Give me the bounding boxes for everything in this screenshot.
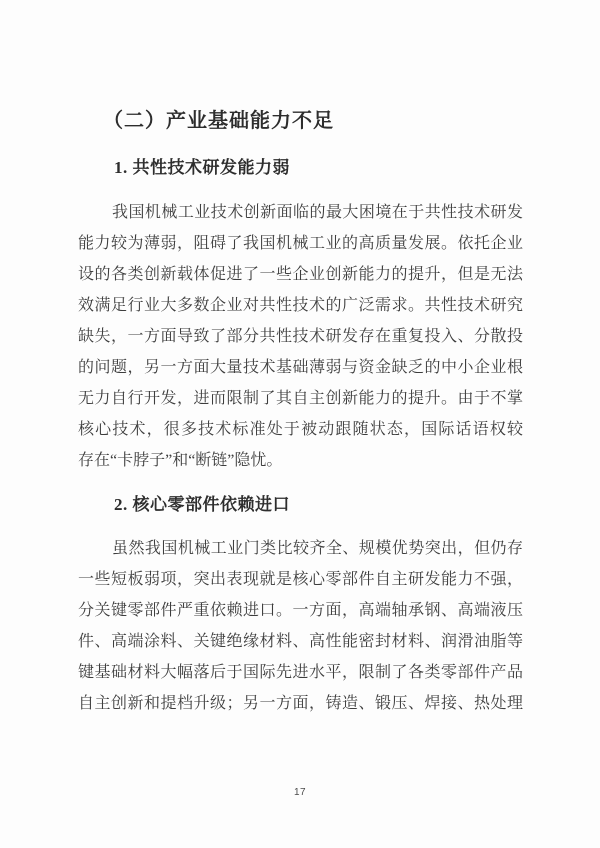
paragraph-line: 虽然我国机械工业门类比较齐全、规模优势突出，但仍存在 (78, 533, 523, 564)
paragraph-line: 的问题，另一方面大量技术基础薄弱与资金缺乏的中小企业根本 (78, 352, 523, 383)
paragraph-line: 分关键零部件严重依赖进口。一方面，高端轴承钢、高端液压铸 (78, 595, 523, 626)
paragraph-line: 存在“卡脖子”和“断链”隐忧。 (78, 445, 523, 476)
paragraph-line: 能力较为薄弱，阻碍了我国机械工业的高质量发展。依托企业建 (78, 228, 523, 259)
subsection-heading-1: 1. 共性技术研发能力弱 (114, 156, 523, 180)
paragraph-line: 设的各类创新载体促进了一些企业创新能力的提升，但是无法有 (78, 259, 523, 290)
paragraph-line: 我国机械工业技术创新面临的最大困境在于共性技术研发 (78, 197, 523, 228)
paragraph-line: 件、高端涂料、关键绝缘材料、高性能密封材料、润滑油脂等关 (78, 626, 523, 657)
paragraph-line: 键基础材料大幅落后于国际先进水平，限制了各类零部件产品的 (78, 657, 523, 688)
page-number: 17 (0, 787, 600, 798)
paragraph-2: 虽然我国机械工业门类比较齐全、规模优势突出，但仍存在 一些短板弱项，突出表现就是… (78, 533, 523, 719)
paragraph-line: 无力自行开发，进而限制了其自主创新能力的提升。由于不掌握 (78, 383, 523, 414)
subsection-heading-2: 2. 核心零部件依赖进口 (114, 493, 523, 517)
document-page: （二）产业基础能力不足 1. 共性技术研发能力弱 我国机械工业技术创新面临的最大… (0, 0, 600, 848)
paragraph-1: 我国机械工业技术创新面临的最大困境在于共性技术研发 能力较为薄弱，阻碍了我国机械… (78, 197, 523, 476)
section-heading: （二）产业基础能力不足 (103, 0, 523, 134)
paragraph-line: 效满足行业大多数企业对共性技术的广泛需求。共性技术研究的 (78, 290, 523, 321)
paragraph-line: 一些短板弱项，突出表现就是核心零部件自主研发能力不强，部 (78, 564, 523, 595)
paragraph-line: 缺失，一方面导致了部分共性技术研发存在重复投入、分散投入 (78, 321, 523, 352)
paragraph-line: 自主创新和提档升级；另一方面，铸造、锻压、焊接、热处理及 (78, 688, 523, 719)
paragraph-line: 核心技术，很多技术标准处于被动跟随状态，国际话语权较弱， (78, 414, 523, 445)
